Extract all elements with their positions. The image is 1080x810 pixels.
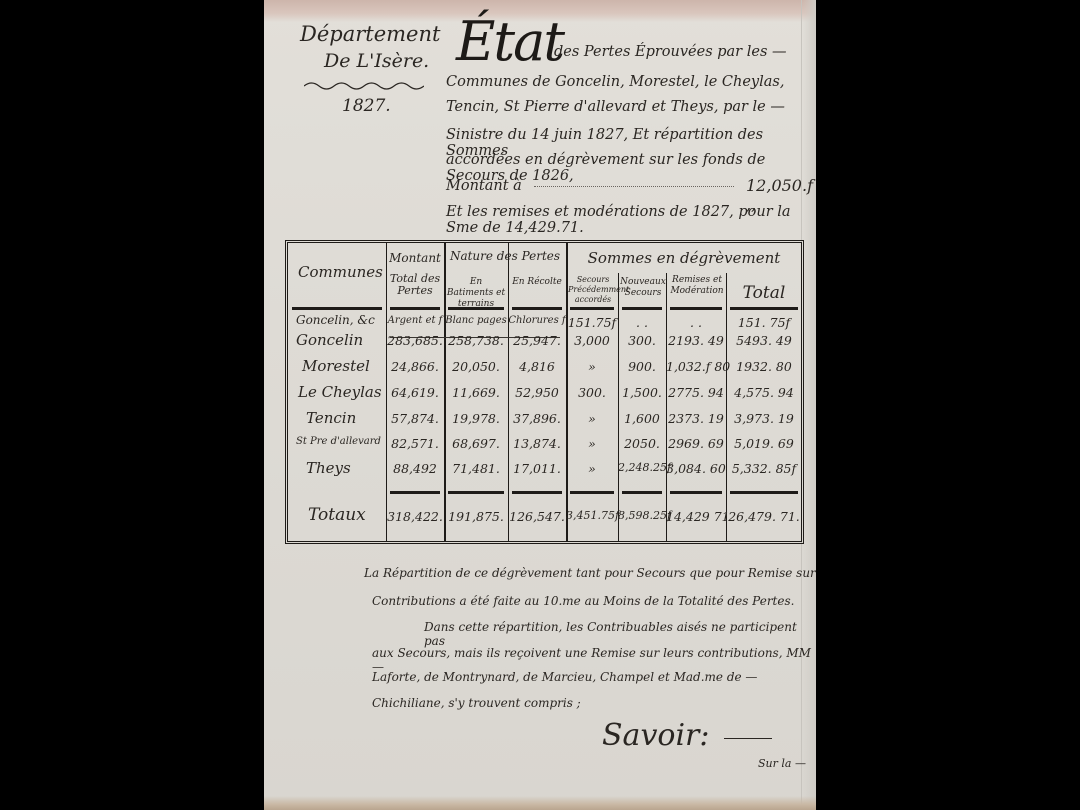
archival-page: Département De L'Isère. 1827. État des P… [264,0,816,810]
row-total-pertes: 283,685. [386,333,444,348]
totals-batiments: 191,875. [444,509,508,524]
row-secours-prec: » [566,359,618,374]
header-rule [390,307,440,310]
row-total: 4,575. 94 [726,385,802,400]
title-line-3: Tencin, St Pierre d'allevard et Theys, p… [446,99,785,115]
totals-rule [390,491,440,494]
row-total-pertes: 24,866. [386,359,444,374]
page-bottom-edge [264,796,816,810]
title-line-2: Communes de Goncelin, Morestel, le Cheyl… [446,74,784,90]
row-remises: 3,084. 60 [666,461,726,476]
wavy-divider-icon [304,80,424,92]
row-remises: . . [666,315,726,330]
department-name: De L'Isère. [324,50,429,72]
row-nouveaux: . . [618,315,666,330]
header-rule [670,307,722,310]
column-divider [726,273,727,541]
totals-rule [622,491,662,494]
row-commune: Goncelin, &c [296,313,375,327]
row-batiments: 258,738. [444,333,508,348]
totals-total-pertes: 318,422. [386,509,444,524]
row-remises: 2969. 69 [666,436,726,451]
row-remises: 2373. 19 [666,411,726,426]
row-batiments: 19,978. [444,411,508,426]
row-nouveaux: 2,248.25f [618,461,666,474]
header-rule [570,307,614,310]
totals-recolte: 126,547. [508,509,566,524]
totals-secours-prec: 3,451.75f [566,509,618,522]
title-line-remises: Et les remises et modérations de 1827, p… [446,204,816,236]
paragraph-line-2: Contributions a été faite au 10.me au Mo… [372,594,794,608]
row-remises: 2193. 49 [666,333,726,348]
header-en-recolte: En Récolte [510,277,564,288]
header-communes: Communes [298,263,382,281]
row-total-pertes: 88,492 [386,461,444,476]
row-batiments: Blanc pages [444,315,508,326]
row-nouveaux: 1,500. [618,385,666,400]
row-recolte: 25,947. [508,333,566,348]
header-montant: Montant [386,251,444,265]
row-recolte: Chlorures f [508,315,566,326]
title-etat: État [456,10,563,73]
totals-rule [730,491,798,494]
row-total-pertes: 64,619. [386,385,444,400]
row-total: 151. 75f [726,315,802,330]
row-remises: 2775. 94 [666,385,726,400]
totals-label: Totaux [308,505,366,525]
row-total: 1932. 80 [726,359,802,374]
header-en-batiments: En Batiments et terrains [446,277,506,310]
row-total-pertes: 82,571. [386,436,444,451]
row-secours-prec: » [566,436,618,451]
row-secours-prec: 300. [566,385,618,400]
header-rule [448,307,504,310]
row-total: 5493. 49 [726,333,802,348]
row-secours-prec: 151.75f [566,315,618,330]
header-rule [292,307,382,310]
row-commune: Le Cheylas [298,383,382,401]
row-commune: Goncelin [296,331,363,349]
paragraph-line-3: Dans cette répartition, les Contribuable… [424,620,816,648]
row-total: 3,973. 19 [726,411,802,426]
row-batiments: 11,669. [444,385,508,400]
totals-nouveaux: 8,598.25f [618,509,666,522]
paragraph-line-5: Laforte, de Montrynard, de Marcieu, Cham… [372,670,757,684]
row-secours-prec: 3,000 [566,333,618,348]
header-rule [622,307,662,310]
header-nouveaux-secours: Nouveaux Secours [620,277,666,299]
totals-rule [448,491,504,494]
row-total-pertes: 57,874. [386,411,444,426]
header-total: Total [726,283,802,303]
paragraph-line-1: La Répartition de ce dégrèvement tant po… [364,566,816,580]
row-commune: Morestel [302,357,370,375]
row-recolte: 13,874. [508,436,566,451]
leader-dots [534,186,734,187]
savoir-heading: Savoir: [602,718,710,753]
header-total-pertes: Total des Pertes [388,273,442,297]
row-recolte: 17,011. [508,461,566,476]
row-commune: St Pre d'allevard [296,436,381,447]
header-sommes-degrevement: Sommes en dégrèvement [566,249,802,267]
paragraph-line-6: Chichiliane, s'y trouvent compris ; [372,696,581,710]
savoir-dash [724,738,772,739]
row-nouveaux: 2050. [618,436,666,451]
catchword: Sur la — [758,757,806,770]
document-year: 1827. [342,96,391,116]
totals-total: 26,479. 71. [726,509,802,524]
totals-rule [570,491,614,494]
column-divider [666,273,667,541]
row-secours-prec: » [566,411,618,426]
row-batiments: 20,050. [444,359,508,374]
header-rule [730,307,798,310]
row-recolte: 4,816 [508,359,566,374]
row-nouveaux: 300. [618,333,666,348]
column-divider [618,273,619,541]
totals-rule [670,491,722,494]
department-label: Département [300,22,440,46]
row-recolte: 52,950 [508,385,566,400]
totals-rule [512,491,562,494]
row-nouveaux: 1,600 [618,411,666,426]
row-total: 5,019. 69 [726,436,802,451]
row-total-pertes: Argent et f [386,315,444,326]
row-batiments: 71,481. [444,461,508,476]
losses-table: Communes Montant Total des Pertes Nature… [285,240,804,544]
row-recolte: 37,896. [508,411,566,426]
row-commune: Theys [306,459,351,477]
row-nouveaux: 900. [618,359,666,374]
row-remises: 1,032.f 80 [666,359,726,374]
row-commune: Tencin [306,409,356,427]
totals-remises: 14,429 71 [666,509,726,524]
title-line-1: des Pertes Éprouvées par les — [554,44,787,60]
header-secours-precedemment: Secours Précédemment accordés [568,275,618,305]
header-remises-moderation: Remises et Modération [668,275,726,297]
row-batiments: 68,697. [444,436,508,451]
header-nature-pertes: Nature des Pertes [444,249,566,263]
title-line-montant: Montant à [446,178,522,194]
row-total: 5,332. 85f [726,461,802,476]
row-secours-prec: » [566,461,618,476]
header-rule [512,307,562,310]
